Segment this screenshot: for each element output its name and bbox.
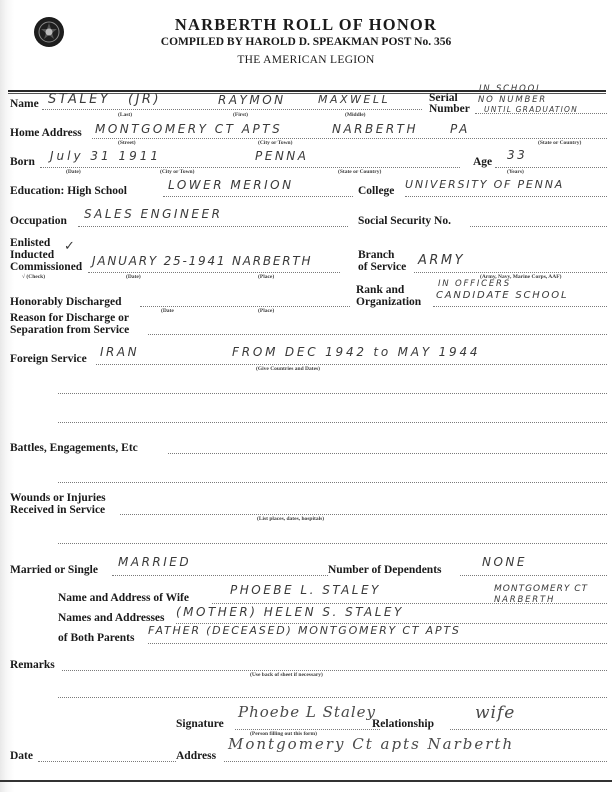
foreign-service-country-value: IRAN	[100, 345, 139, 359]
foreign-service-field-3[interactable]	[58, 422, 607, 423]
signature-label: Signature	[176, 718, 224, 730]
foreign-service-label: Foreign Service	[10, 353, 87, 365]
honorably-discharged-field[interactable]	[140, 306, 350, 307]
signature-value: Phoebe L Staley	[238, 703, 376, 721]
relationship-value: wife	[475, 703, 515, 723]
born-state-caption: (State or Country)	[338, 169, 381, 175]
high-school-value: LOWER MERION	[168, 178, 294, 192]
city-caption: (City or Town)	[258, 140, 292, 146]
age-label: Age	[473, 156, 492, 168]
branch-of-service-field[interactable]	[414, 272, 607, 273]
dependents-label: Number of Dependents	[328, 564, 442, 576]
serial-value-line3: UNTIL GRADUATION	[484, 105, 578, 115]
college-value: UNIVERSITY OF PENNA	[405, 178, 564, 192]
age-value: 33	[507, 148, 527, 162]
honorably-discharged-label: Honorably Discharged	[10, 296, 122, 308]
father-value: FATHER (DECEASED) MONTGOMERY CT APTS	[148, 624, 461, 638]
first-caption: (First)	[233, 112, 248, 118]
branch-value: ARMY	[418, 254, 465, 268]
address-label: Address	[176, 750, 216, 762]
dependents-value: NONE	[482, 555, 527, 569]
college-label: College	[358, 185, 394, 197]
wounds-field[interactable]	[120, 514, 607, 515]
wounds-field-2[interactable]	[58, 543, 607, 544]
name-last-value: STALEY	[48, 93, 110, 107]
name-label: Name	[10, 98, 39, 110]
rank-label-1: Rank and	[356, 284, 404, 296]
serial-label-2: Number	[429, 103, 470, 115]
date-caption: (Date)	[66, 169, 81, 175]
enlist-place-caption: (Place)	[258, 274, 274, 280]
wife-label: Name and Address of Wife	[58, 592, 189, 604]
enlistment-date-place-field[interactable]	[88, 272, 340, 273]
remarks-field[interactable]	[62, 670, 607, 671]
occupation-value: SALES ENGINEER	[84, 207, 222, 221]
foreign-service-dates-value: FROM DEC 1942 to MAY 1944	[232, 345, 480, 359]
age-field[interactable]	[495, 167, 607, 168]
wife-name-value: PHOEBE L. STALEY	[230, 583, 381, 597]
born-label: Born	[10, 156, 35, 168]
discharge-date-caption: (Date	[161, 308, 174, 314]
foreign-service-field[interactable]	[96, 364, 607, 365]
battles-field-2[interactable]	[58, 482, 607, 483]
remarks-label: Remarks	[10, 659, 55, 671]
rank-value-line2: CANDIDATE SCHOOL	[436, 291, 568, 301]
discharge-reason-field[interactable]	[148, 334, 607, 335]
occupation-field[interactable]	[78, 226, 348, 227]
enlist-date-caption: (Date)	[126, 274, 141, 280]
enlistment-date-place-value: JANUARY 25-1941 NARBERTH	[92, 254, 312, 268]
foreign-service-caption: (Give Countries and Dates)	[256, 366, 320, 372]
form-title: NARBERTH ROLL OF HONOR	[0, 15, 612, 35]
commissioned-option[interactable]: Commissioned	[10, 261, 82, 273]
born-field[interactable]	[40, 167, 460, 168]
last-caption: (Last)	[118, 112, 132, 118]
occupation-label: Occupation	[10, 215, 67, 227]
discharge-reason-label-1: Reason for Discharge or	[10, 312, 129, 324]
form-organization: THE AMERICAN LEGION	[0, 54, 612, 66]
married-field[interactable]	[112, 575, 328, 576]
battles-label: Battles, Engagements, Etc	[10, 442, 138, 454]
home-city-value: NARBERTH	[332, 122, 418, 136]
born-state-value: PENNA	[255, 149, 308, 163]
address-field[interactable]	[224, 761, 607, 762]
home-address-label: Home Address	[10, 127, 82, 139]
branch-label-2: of Service	[358, 261, 406, 273]
education-label: Education: High School	[10, 185, 127, 197]
discharge-reason-label-2: Separation from Service	[10, 324, 129, 336]
rank-value-line1: IN OFFICERS	[438, 279, 511, 289]
name-middle-value: MAXWELL	[318, 93, 390, 107]
state-caption: (State or Country)	[538, 140, 581, 146]
home-street-value: MONTGOMERY CT APTS	[95, 122, 282, 136]
relationship-label: Relationship	[372, 718, 434, 730]
father-field[interactable]	[148, 643, 607, 644]
social-security-label: Social Security No.	[358, 215, 451, 227]
married-label: Married or Single	[10, 564, 98, 576]
rank-organization-field[interactable]	[433, 306, 607, 307]
date-field[interactable]	[38, 761, 176, 762]
wife-address-value-1: MONTGOMERY CT	[494, 584, 588, 594]
born-city-caption: (City or Town)	[160, 169, 194, 175]
branch-label-1: Branch	[358, 249, 394, 261]
address-value: Montgomery Ct apts Narberth	[228, 735, 514, 753]
wife-address-value-2: NARBERTH	[494, 595, 555, 605]
dependents-field[interactable]	[460, 575, 607, 576]
middle-caption: (Middle)	[345, 112, 365, 118]
serial-value-line2: NO NUMBER	[478, 95, 547, 105]
home-state-value: PA	[450, 122, 470, 136]
name-first-value: RAYMON	[218, 93, 286, 107]
bottom-edge	[0, 780, 612, 782]
inducted-option[interactable]: Inducted	[10, 249, 54, 261]
married-value: MARRIED	[118, 555, 191, 569]
check-caption: √ (Check)	[22, 274, 45, 280]
date-label: Date	[10, 750, 33, 762]
wounds-label-1: Wounds or Injuries	[10, 492, 106, 504]
street-caption: (Street)	[118, 140, 136, 146]
relationship-field[interactable]	[450, 729, 607, 730]
mother-value: (MOTHER) HELEN S. STALEY	[176, 605, 404, 619]
name-suffix-value: (JR)	[128, 93, 161, 107]
enlisted-option[interactable]: Enlisted	[10, 237, 50, 249]
name-field[interactable]	[42, 109, 422, 110]
discharge-place-caption: (Place)	[258, 308, 274, 314]
inducted-checkmark: ✓	[64, 240, 77, 254]
serial-value-line1: IN SCHOOL	[479, 84, 543, 94]
college-field[interactable]	[405, 196, 607, 197]
wounds-caption: (List places, dates, hospitals)	[257, 516, 324, 522]
years-caption: (Years)	[507, 169, 524, 175]
social-security-field[interactable]	[470, 226, 607, 227]
born-date-value: July 31 1911	[50, 149, 161, 163]
form-subtitle: COMPILED BY HAROLD D. SPEAKMAN POST No. …	[0, 36, 612, 48]
wounds-label-2: Received in Service	[10, 504, 105, 516]
remarks-field-2[interactable]	[58, 697, 607, 698]
parents-label-1: Names and Addresses	[58, 612, 165, 624]
foreign-service-field-2[interactable]	[58, 393, 607, 394]
remarks-caption: (Use back of sheet if necessary)	[250, 672, 323, 678]
signature-field[interactable]	[235, 729, 380, 730]
home-address-field[interactable]	[92, 138, 607, 139]
rank-label-2: Organization	[356, 296, 421, 308]
parents-label-2: of Both Parents	[58, 632, 134, 644]
battles-field[interactable]	[168, 453, 607, 454]
high-school-field[interactable]	[163, 196, 353, 197]
